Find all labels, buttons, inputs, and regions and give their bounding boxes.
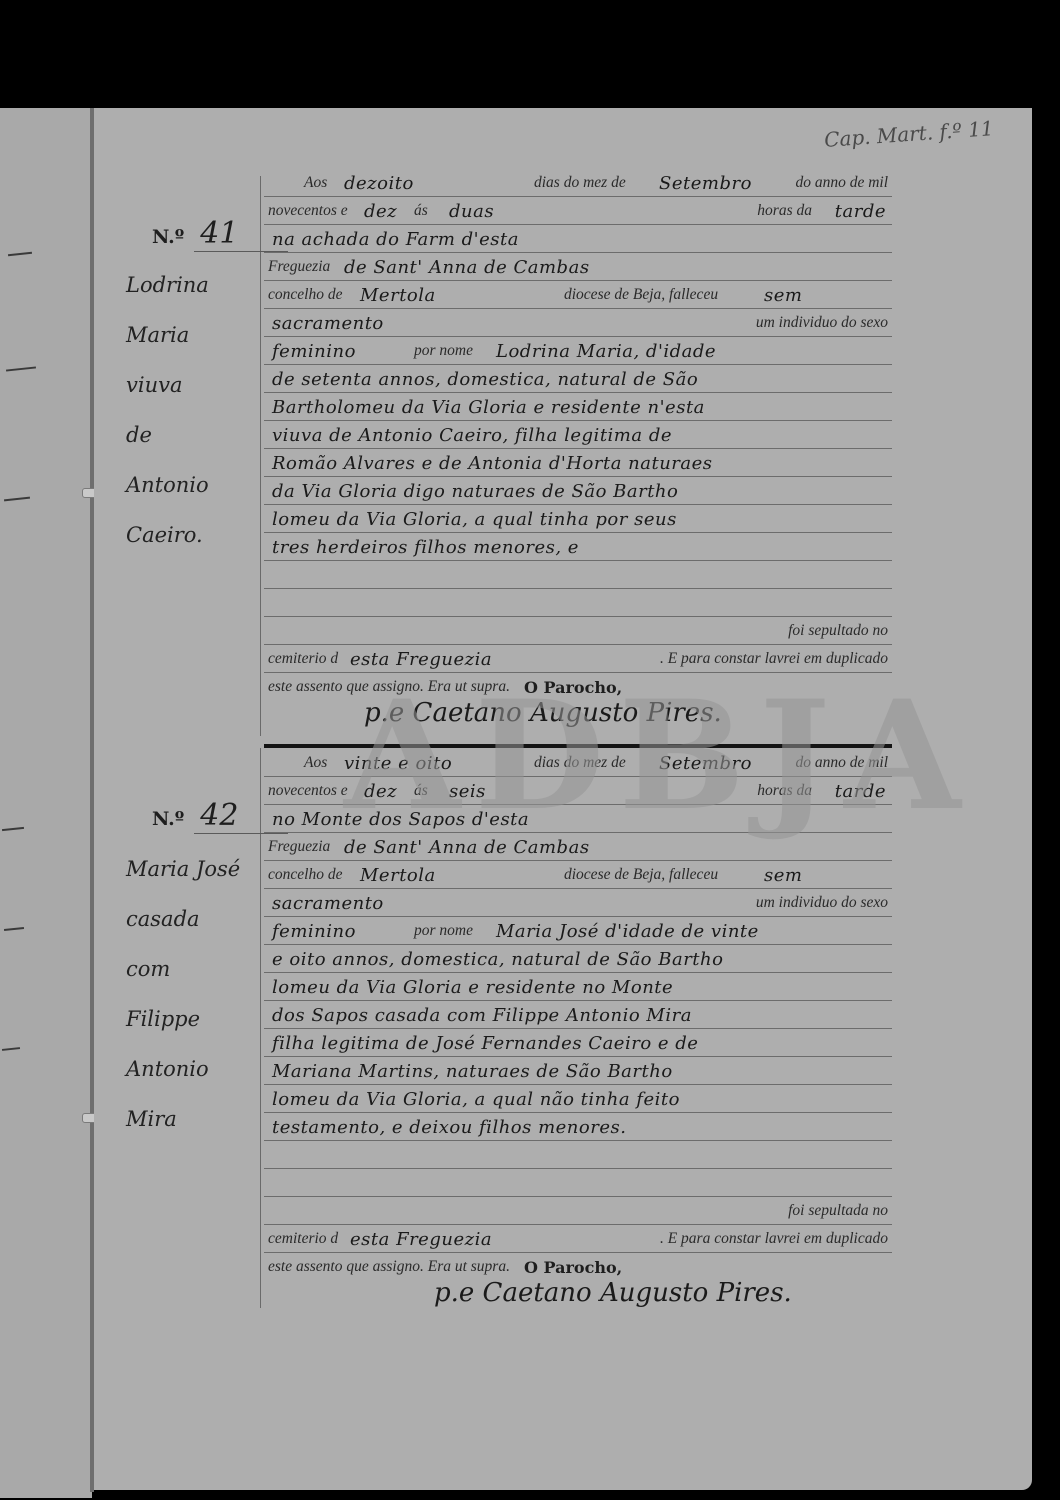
handwritten-entry: sacramento xyxy=(272,893,384,914)
ruled-line: Fregueziade Sant' Anna de Cambas xyxy=(264,252,892,281)
ruled-line: cemiterio desta Freguezia. E para consta… xyxy=(264,644,892,673)
handwritten-entry: duas xyxy=(449,201,494,222)
printed-form-text: ás xyxy=(414,782,428,800)
ink-mark xyxy=(2,1047,20,1051)
printed-form-text: cemiterio d xyxy=(268,1230,338,1248)
handwritten-entry: feminino xyxy=(272,341,356,362)
handwritten-entry: lomeu da Via Gloria, a qual não tinha fe… xyxy=(272,1089,680,1110)
ink-mark xyxy=(6,366,36,371)
printed-form-text: do anno de mil xyxy=(795,174,888,192)
parocho-title: O Parocho, xyxy=(524,1258,622,1277)
ruled-line: e oito annos, domestica, natural de São … xyxy=(264,944,892,973)
handwritten-entry: sem xyxy=(764,865,802,886)
margin-note: Lodrina Maria viuva de Antonio Caeiro. xyxy=(114,260,254,560)
handwritten-entry: e oito annos, domestica, natural de São … xyxy=(272,949,723,970)
printed-form-text: Freguezia xyxy=(268,258,330,276)
handwritten-entry: testamento, e deixou filhos menores. xyxy=(272,1117,626,1138)
handwritten-entry: Mertola xyxy=(360,285,436,306)
printed-form-text: foi sepultado no xyxy=(788,622,888,640)
handwritten-entry: esta Freguezia xyxy=(350,1229,492,1250)
ruled-line: Fregueziade Sant' Anna de Cambas xyxy=(264,832,892,861)
handwritten-entry: Mertola xyxy=(360,865,436,886)
parish-priest-signature: p.e Caetano Augusto Pires. xyxy=(434,1278,792,1308)
ruled-line: lomeu da Via Gloria, a qual tinha por se… xyxy=(264,504,892,533)
handwritten-entry: seis xyxy=(449,781,486,802)
handwritten-entry: Setembro xyxy=(659,753,752,774)
ruled-line: Aosvinte e oitodias do mez deSetembrodo … xyxy=(264,748,892,777)
ruled-line: cemiterio desta Freguezia. E para consta… xyxy=(264,1224,892,1253)
handwritten-entry: sacramento xyxy=(272,313,384,334)
ruled-line: femininopor nomeMaria José d'idade de vi… xyxy=(264,916,892,945)
ruled-line: lomeu da Via Gloria e residente no Monte xyxy=(264,972,892,1001)
parish-priest-signature: p.e Caetano Augusto Pires. xyxy=(364,698,722,728)
handwritten-entry: feminino xyxy=(272,921,356,942)
printed-form-text: este assento que assigno. Era ut supra. xyxy=(268,1258,510,1276)
ink-mark xyxy=(4,497,30,502)
handwritten-entry: tres herdeiros filhos menores, e xyxy=(272,537,579,558)
handwritten-entry: Maria José d'idade de vinte xyxy=(496,921,759,942)
ruled-line: filha legitima de José Fernandes Caeiro … xyxy=(264,1028,892,1057)
handwritten-entry: Romão Alvares e de Antonia d'Horta natur… xyxy=(272,453,713,474)
ruled-line: testamento, e deixou filhos menores. xyxy=(264,1112,892,1141)
margin-divider xyxy=(260,176,261,736)
printed-form-text: este assento que assigno. Era ut supra. xyxy=(268,678,510,696)
handwritten-entry: no Monte dos Sapos d'esta xyxy=(272,809,529,830)
ruled-line: novecentos edezásduashoras datarde xyxy=(264,196,892,225)
printed-form-text: Freguezia xyxy=(268,838,330,856)
ink-mark xyxy=(8,252,32,256)
ruled-line xyxy=(264,588,892,617)
ruled-line: sacramentoum individuo do sexo xyxy=(264,308,892,337)
printed-form-text: . E para constar lavrei em duplicado xyxy=(660,1230,888,1248)
printed-form-text: horas da xyxy=(757,202,812,220)
handwritten-entry: tarde xyxy=(835,201,886,222)
ruled-line: viuva de Antonio Caeiro, filha legitima … xyxy=(264,420,892,449)
ruled-line: Aosdezoitodias do mez deSetembrodo anno … xyxy=(264,168,892,197)
printed-form-text: ás xyxy=(414,202,428,220)
margin-note: Maria José casada com Filippe Antonio Mi… xyxy=(114,844,254,1144)
handwritten-entry: sem xyxy=(764,285,802,306)
ink-mark xyxy=(2,827,24,831)
printed-form-text: . E para constar lavrei em duplicado xyxy=(660,650,888,668)
ruled-line: lomeu da Via Gloria, a qual não tinha fe… xyxy=(264,1084,892,1113)
handwritten-entry: lomeu da Via Gloria e residente no Monte xyxy=(272,977,673,998)
printed-form-text: foi sepultada no xyxy=(788,1202,888,1220)
printed-form-text: do anno de mil xyxy=(795,754,888,772)
ruled-line xyxy=(264,560,892,589)
printed-form-text: Aos xyxy=(304,174,327,192)
handwritten-entry: dos Sapos casada com Filippe Antonio Mir… xyxy=(272,1005,692,1026)
printed-form-text: concelho de xyxy=(268,286,342,304)
printed-form-text: dias do mez de xyxy=(534,754,626,772)
ruled-line: tres herdeiros filhos menores, e xyxy=(264,532,892,561)
ruled-line: novecentos edezásseishoras datarde xyxy=(264,776,892,805)
handwritten-entry: vinte e oito xyxy=(344,753,452,774)
handwritten-entry: da Via Gloria digo naturaes de São Barth… xyxy=(272,481,678,502)
printed-form-text: diocese de Beja, falleceu xyxy=(564,866,718,884)
handwritten-entry: de Sant' Anna de Cambas xyxy=(344,837,590,858)
ruled-line: Mariana Martins, naturaes de São Bartho xyxy=(264,1056,892,1085)
ink-mark xyxy=(4,927,24,931)
handwritten-entry: na achada do Farm d'esta xyxy=(272,229,519,250)
handwritten-entry: dez xyxy=(364,781,397,802)
ruled-line: Romão Alvares e de Antonia d'Horta natur… xyxy=(264,448,892,477)
ruled-line: de setenta annos, domestica, natural de … xyxy=(264,364,892,393)
ruled-line: Bartholomeu da Via Gloria e residente n'… xyxy=(264,392,892,421)
printed-form-text: concelho de xyxy=(268,866,342,884)
ruled-line: da Via Gloria digo naturaes de São Barth… xyxy=(264,476,892,505)
printed-form-text: por nome xyxy=(414,342,473,360)
ruled-line: foi sepultado no xyxy=(264,616,892,645)
ruled-line: concelho deMertoladiocese de Beja, falle… xyxy=(264,860,892,889)
parocho-title: O Parocho, xyxy=(524,678,622,697)
handwritten-entry: de Sant' Anna de Cambas xyxy=(344,257,590,278)
ruled-line xyxy=(264,1140,892,1169)
printed-form-text: dias do mez de xyxy=(534,174,626,192)
printed-form-text: um individuo do sexo xyxy=(756,314,888,332)
handwritten-entry: dezoito xyxy=(344,173,414,194)
handwritten-entry: filha legitima de José Fernandes Caeiro … xyxy=(272,1033,698,1054)
handwritten-entry: Lodrina Maria, d'idade xyxy=(496,341,716,362)
ruled-line: concelho deMertoladiocese de Beja, falle… xyxy=(264,280,892,309)
handwritten-entry: Setembro xyxy=(659,173,752,194)
handwritten-entry: esta Freguezia xyxy=(350,649,492,670)
ruled-line: foi sepultada no xyxy=(264,1196,892,1225)
handwritten-entry: lomeu da Via Gloria, a qual tinha por se… xyxy=(272,509,677,530)
ruled-line: sacramentoum individuo do sexo xyxy=(264,888,892,917)
ruled-line xyxy=(264,1168,892,1197)
register-page: Cap. Mart. f.º 11 N.º41 Lodrina Maria vi… xyxy=(94,108,1032,1490)
ruled-line: na achada do Farm d'esta xyxy=(264,224,892,253)
ruled-line: no Monte dos Sapos d'esta xyxy=(264,804,892,833)
printed-form-text: por nome xyxy=(414,922,473,940)
printed-form-text: novecentos e xyxy=(268,782,348,800)
printed-form-text: cemiterio d xyxy=(268,650,338,668)
handwritten-entry: dez xyxy=(364,201,397,222)
printed-form-text: Aos xyxy=(304,754,327,772)
handwritten-entry: viuva de Antonio Caeiro, filha legitima … xyxy=(272,425,672,446)
handwritten-entry: de setenta annos, domestica, natural de … xyxy=(272,369,698,390)
folio-annotation: Cap. Mart. f.º 11 xyxy=(824,116,995,152)
handwritten-entry: Bartholomeu da Via Gloria e residente n'… xyxy=(272,397,705,418)
printed-form-text: um individuo do sexo xyxy=(756,894,888,912)
handwritten-entry: tarde xyxy=(835,781,886,802)
printed-form-text: novecentos e xyxy=(268,202,348,220)
adjacent-left-page xyxy=(0,108,92,1498)
handwritten-entry: Mariana Martins, naturaes de São Bartho xyxy=(272,1061,673,1082)
printed-form-text: diocese de Beja, falleceu xyxy=(564,286,718,304)
printed-form-text: horas da xyxy=(757,782,812,800)
ruled-line: femininopor nomeLodrina Maria, d'idade xyxy=(264,336,892,365)
ruled-line: dos Sapos casada com Filippe Antonio Mir… xyxy=(264,1000,892,1029)
